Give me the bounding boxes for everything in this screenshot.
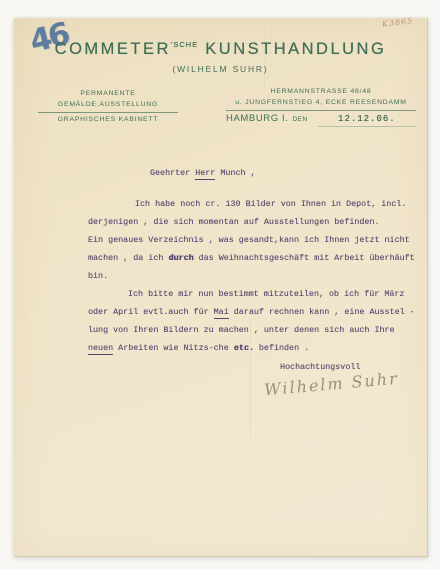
letter-line: Ich habe noch cr. 130 Bilder von Ihnen i… (88, 195, 428, 213)
letterhead-left-block: PERMANENTE GEMÄLDE.AUSSTELLUNG GRAPHISCH… (38, 89, 178, 126)
letter-text-segment: Ich bitte mir nun bestimmt mitzuteilen, … (128, 289, 404, 299)
letter-text-segment: Mai (214, 307, 229, 319)
letter-line: Geehrter Herr Munch , (88, 164, 428, 182)
letter-text-segment: darauf rechnen kann , eine Ausstel - (229, 307, 415, 317)
closing-phrase: Hochachtungsvoll (280, 362, 360, 372)
letter-line: lung von Ihren Bildern zu machen , unter… (88, 321, 428, 339)
date-line: 12.12.06. (318, 114, 416, 127)
letter-body: Geehrter Herr Munch ,Ich habe noch cr. 1… (88, 164, 428, 357)
letter-text-segment: Ich habe noch cr. 130 Bilder von Ihnen i… (135, 199, 406, 209)
letter-text-segment: machen , da ich (88, 253, 168, 263)
letter-line: Ich bitte mir nun bestimmt mitzuteilen, … (88, 285, 428, 303)
letter-text-segment: oder April evtl.auch für (88, 307, 214, 317)
letter-text-segment: etc. (234, 343, 254, 353)
letter-line: oder April evtl.auch für Mai darauf rech… (88, 303, 428, 321)
letter-line: Ein genaues Verzeichnis , was gesandt,ka… (88, 231, 428, 249)
left-block-line1: PERMANENTE (38, 89, 178, 100)
letter-text-segment: durch (168, 253, 193, 263)
letter-text-segment: derjenigen , die sich momentan auf Ausst… (88, 217, 380, 227)
divider-rule (226, 110, 416, 111)
letter-line: neuen Arbeiten wie Nitzs-che etc. befind… (88, 339, 428, 357)
address-line1: HERMANNSTRASSE 46/48 (226, 87, 416, 98)
letter-text-segment: neuen (88, 343, 113, 355)
letter-text-segment: befinden . (254, 343, 309, 353)
divider-rule (38, 112, 178, 113)
city-label: HAMBURG I. (226, 114, 288, 125)
left-block-line3: GRAPHISCHES KABINETT (38, 115, 178, 126)
letter-line: derjenigen , die sich momentan auf Ausst… (88, 213, 428, 231)
address-line2: u. JUNGFERNSTIEG 4, ECKE REESENDAMM (226, 98, 416, 109)
letter-text-segment: lung von Ihren Bildern zu machen , unter… (88, 325, 395, 335)
letter-text-segment: Ein genaues Verzeichnis , was gesandt,ka… (88, 235, 410, 245)
left-block-line2: GEMÄLDE.AUSSTELLUNG (38, 100, 178, 111)
company-name-main: COMMETER (55, 40, 171, 58)
letter-text-segment: Geehrter (150, 168, 195, 178)
letter-text-segment: das Weihnachtsgeschäft mit Arbeit überhä… (194, 253, 415, 263)
typed-date: 12.12.06. (338, 114, 396, 124)
company-name: COMMETER'SCHE KUNSTHANDLUNG (14, 40, 427, 59)
proprietor-name: (WILHELM SUHR) (14, 64, 427, 74)
company-name-tail: KUNSTHANDLUNG (198, 40, 386, 58)
den-label: DEN (292, 115, 307, 126)
letter-line: bin. (88, 267, 428, 285)
catalog-number-annotation: K3865 (381, 16, 413, 29)
place-date-row: HAMBURG I. DEN 12.12.06. (226, 114, 416, 127)
letterhead-right-block: HERMANNSTRASSE 46/48 u. JUNGFERNSTIEG 4,… (226, 87, 416, 127)
scanned-letter: 46 K3865 COMMETER'SCHE KUNSTHANDLUNG (WI… (0, 0, 440, 569)
letter-text-segment: Herr (195, 168, 215, 180)
letter-text-segment: Munch , (215, 168, 255, 178)
letter-text-segment: Arbeiten wie Nitzs-che (113, 343, 234, 353)
letter-line: machen , da ich durch das Weihnachtsgesc… (88, 249, 428, 267)
letterhead: COMMETER'SCHE KUNSTHANDLUNG (WILHELM SUH… (14, 40, 427, 74)
company-name-suffix: 'SCHE (171, 40, 198, 49)
letter-text-segment: bin. (88, 271, 108, 281)
letter-paper: 46 K3865 COMMETER'SCHE KUNSTHANDLUNG (WI… (14, 18, 428, 557)
